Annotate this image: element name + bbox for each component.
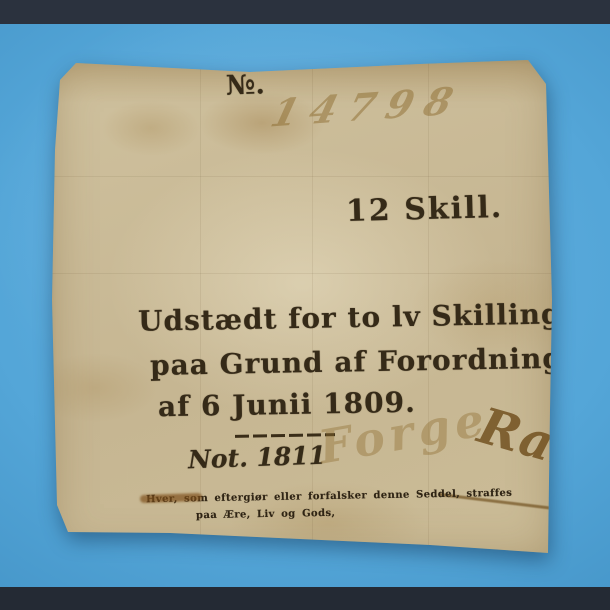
paper-crease bbox=[50, 176, 555, 177]
top-letterbox-bar bbox=[0, 0, 610, 24]
banknote-paper: №. 14798 12 Skill. Udstædt for to lv Ski… bbox=[50, 58, 555, 558]
banknote-wrapper: №. 14798 12 Skill. Udstædt for to lv Ski… bbox=[50, 58, 555, 558]
denomination-text: 12 Skill. bbox=[346, 190, 504, 229]
blue-backdrop: №. 14798 12 Skill. Udstædt for to lv Ski… bbox=[0, 24, 610, 587]
body-text-line-2: paa Grund af Forordningen bbox=[150, 341, 604, 382]
paper-crease bbox=[50, 273, 555, 274]
notation-year-text: Not. 1811 bbox=[188, 441, 327, 475]
serial-number-label: №. bbox=[225, 69, 265, 101]
bottom-letterbox-bar bbox=[0, 587, 610, 610]
right-handwritten-signature: Rall bbox=[472, 396, 597, 484]
handwritten-serial-number: 14798 bbox=[266, 78, 468, 136]
banknote-photo: №. 14798 12 Skill. Udstædt for to lv Ski… bbox=[0, 0, 610, 610]
body-text-line-1: Udstædt for to lv Skilling, bbox=[138, 297, 573, 338]
fine-print-line-2: paa Ære, Liv og Gods, bbox=[196, 508, 336, 521]
